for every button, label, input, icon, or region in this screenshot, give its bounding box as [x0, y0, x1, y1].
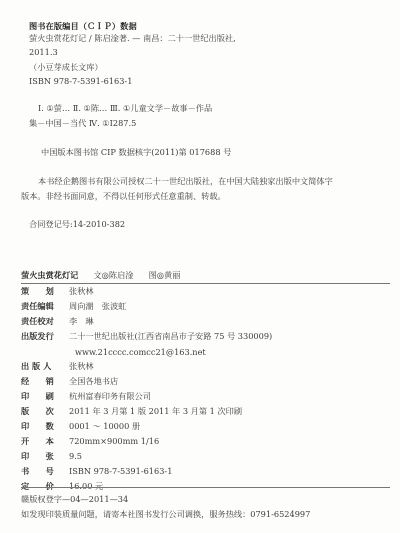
- cip-line-series: （小豆芽成长文库）: [29, 62, 103, 73]
- colophon-row: 印 数0001 ～ 10000 册: [21, 421, 140, 432]
- colophon-row: 版 次2011 年 3 月第 1 版 2011 年 3 月第 1 次印刷: [21, 406, 242, 417]
- colophon-label: 版 次: [21, 406, 69, 417]
- divider-bottom: [21, 487, 390, 488]
- colophon-row: 印 刷杭州富春印务有限公司: [21, 391, 151, 402]
- colophon-row: 出 版 人张秋林: [21, 361, 94, 372]
- colophon-label: 出版发行: [21, 331, 69, 342]
- contract-number: 合同登记号:14-2010-382: [29, 219, 125, 230]
- colophon-value: 李 琳: [69, 316, 94, 326]
- copyright-registration: 赣版权登字—04—2011—34: [21, 494, 128, 505]
- colophon-value: www.21cccc.comcc21@163.net: [75, 347, 206, 357]
- colophon-value: 杭州富春印务有限公司: [69, 391, 151, 401]
- colophon-value: 2011 年 3 月第 1 版 2011 年 3 月第 1 次印刷: [69, 406, 242, 416]
- colophon-row: 印 张9.5: [21, 451, 82, 462]
- colophon-label: 经 销: [21, 376, 69, 387]
- colophon-label: 开 本: [21, 436, 69, 447]
- colophon-value: 周向潮 张波虹: [69, 301, 126, 311]
- colophon-value: 720mm×900mm 1/16: [69, 436, 159, 446]
- colophon-label: 责任编辑: [21, 301, 69, 312]
- colophon-row: 开 本720mm×900mm 1/16: [21, 436, 159, 447]
- colophon-label: 书 号: [21, 466, 69, 477]
- colophon-label: 出 版 人: [21, 361, 69, 372]
- license-text-1: 本书经企鹅图书有限公司授权二十一世纪出版社，在中国大陆独家出版中文简体字: [38, 176, 333, 187]
- cip-line-date: 2011.3: [29, 47, 58, 58]
- service-notice: 如发现印装质量问题，请寄本社图书发行公司调换，服务热线：0791-6524997: [21, 509, 310, 520]
- colophon-label: 印 数: [21, 421, 69, 432]
- colophon-value: 二十一世纪出版社(江西省南昌市子安路 75 号 330009): [69, 331, 272, 341]
- colophon-header: 萤火虫赏花灯记 文◎陈启淦 图◎黄丽: [21, 270, 180, 281]
- colophon-value: ISBN 978-7-5391-6163-1: [69, 466, 172, 476]
- colophon-value: 全国各地书店: [69, 376, 118, 386]
- colophon-row: 出版发行二十一世纪出版社(江西省南昌市子安路 75 号 330009): [21, 331, 272, 342]
- colophon-row: 责任校对李 琳: [21, 316, 94, 327]
- colophon-value: 张秋林: [69, 361, 94, 371]
- colophon-value: 张秋林: [69, 286, 94, 296]
- cip-line-title: 萤火虫赏花灯记 / 陈启淦著. — 南昌：二十一世纪出版社,: [29, 33, 236, 44]
- cip-classification-1: Ⅰ. ①萤… Ⅱ. ①陈… Ⅲ. ①儿童文学－故事－作品: [38, 103, 212, 114]
- author-credit: 文◎陈启淦: [94, 270, 134, 280]
- colophon-value: 9.5: [69, 451, 82, 461]
- divider-top: [21, 283, 390, 284]
- colophon-row: 书 号ISBN 978-7-5391-6163-1: [21, 466, 172, 477]
- colophon-row: 责任编辑周向潮 张波虹: [21, 301, 126, 312]
- colophon-row: 策 划张秋林: [21, 286, 94, 297]
- colophon-label: 策 划: [21, 286, 69, 297]
- colophon-label: 印 刷: [21, 391, 69, 402]
- colophon-row: www.21cccc.comcc21@163.net: [21, 347, 206, 357]
- cip-classification-2: 集－中国－当代 Ⅳ. ①I287.5: [29, 118, 136, 129]
- colophon-row: 经 销全国各地书店: [21, 376, 118, 387]
- colophon-label: 责任校对: [21, 316, 69, 327]
- illustrator-credit: 图◎黄丽: [149, 270, 181, 280]
- cip-heading: 图书在版编目（ＣＩＰ）数据: [29, 21, 137, 32]
- license-text-2: 版本。非经书面同意，不得以任何形式任意重制、转载。: [21, 191, 226, 202]
- colophon-value: 0001 ～ 10000 册: [69, 421, 140, 431]
- colophon-value: 16.00 元: [69, 481, 103, 491]
- cip-line-isbn: ISBN 978-7-5391-6163-1: [29, 76, 132, 87]
- colophon-label: 印 张: [21, 451, 69, 462]
- book-title: 萤火虫赏花灯记: [21, 270, 78, 280]
- cip-number: 中国版本图书馆 CIP 数据核字(2011)第 017688 号: [41, 147, 231, 158]
